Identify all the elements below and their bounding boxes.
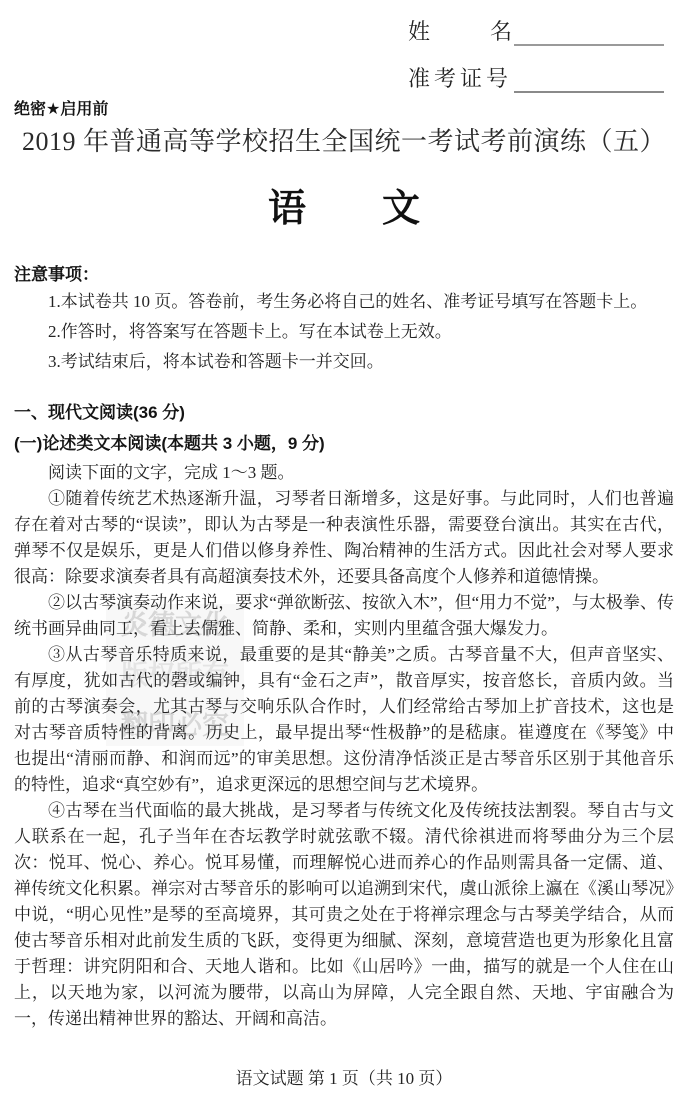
notice-item-1: 1.本试卷共 10 页。答卷前，考生务必将自己的姓名、准考证号填写在答题卡上。 [14,287,674,317]
admission-label: 准考证号 [408,62,512,93]
exam-title: 2019 年普通高等学校招生全国统一考试考前演练（五） [14,125,674,159]
notice-item-2: 2.作答时，将答案写在答题卡上。写在本试卷上无效。 [14,317,674,347]
admission-blank-line [514,65,664,93]
passage-paragraph-1: ①随着传统艺术热逐渐升温，习琴者日渐增多，这是好事。与此同时，人们也普遍存在着对… [14,486,674,590]
notice-title: 注意事项： [14,263,674,287]
name-label-char-1: 姓 [408,15,430,46]
passage-paragraph-3: ③从古琴音乐特质来说，最重要的是其“静美”之质。古琴音量不大，但声音坚实、有厚度… [14,642,674,798]
admission-field-row: 准考证号 [408,61,664,93]
notice-section: 注意事项： 1.本试卷共 10 页。答卷前，考生务必将自己的姓名、准考证号填写在… [14,263,674,377]
passage-paragraph-4: ④古琴在当代面临的最大挑战，是习琴者与传统文化及传统技法割裂。琴自古与文人联系在… [14,798,674,1032]
name-label-char-2: 名 [490,15,512,46]
page-footer: 语文试题 第 1 页（共 10 页） [0,1064,688,1089]
name-field-row: 姓名 [408,14,664,46]
section-heading: 一、现代文阅读(36 分) [14,401,674,425]
subject-title: 语 文 [14,185,674,233]
name-label: 姓名 [408,15,512,46]
exam-paper-page: 姓名 准考证号 绝密★启用前 2019 年普通高等学校招生全国统一考试考前演练（… [0,0,688,1105]
reading-passage: 阅读下面的文字，完成 1～3 题。 ①随着传统艺术热逐渐升温，习琴者日渐增多，这… [14,460,674,1032]
section-subheading: (一)论述类文本阅读(本题共 3 小题，9 分) [14,432,674,456]
notice-item-3: 3.考试结束后，将本试卷和答题卡一并交回。 [14,347,674,377]
candidate-fill-fields: 姓名 准考证号 [408,14,664,108]
name-blank-line [514,18,664,46]
passage-paragraph-2: ②以古琴演奏动作来说，要求“弹欲断弦、按欲入木”，但“用力不觉”，与太极拳、传统… [14,590,674,642]
passage-instruction: 阅读下面的文字，完成 1～3 题。 [14,460,674,486]
